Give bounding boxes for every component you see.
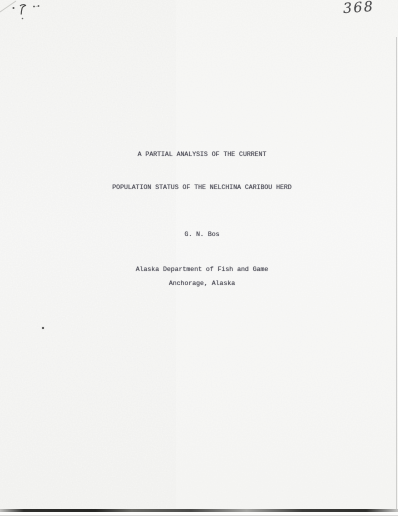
pencil-marks xyxy=(0,0,70,30)
scanned-page: 368 A PARTIAL ANALYSIS OF THE CURRENT PO… xyxy=(0,0,398,516)
ink-speck xyxy=(42,327,44,329)
paper-texture xyxy=(0,0,398,516)
title-line-1: A PARTIAL ANALYSIS OF THE CURRENT xyxy=(3,151,398,159)
page-edge-line-right xyxy=(396,37,397,509)
affiliation: Alaska Department of Fish and Game xyxy=(3,266,398,274)
page-crease-line xyxy=(0,1,16,12)
author-name: G. N. Bos xyxy=(3,231,398,239)
handwritten-page-number: 368 xyxy=(342,0,374,17)
scan-margin-bottom xyxy=(0,512,398,516)
affiliation-location: Anchorage, Alaska xyxy=(3,280,398,288)
title-line-2: POPULATION STATUS OF THE NELCHINA CARIBO… xyxy=(3,184,398,192)
